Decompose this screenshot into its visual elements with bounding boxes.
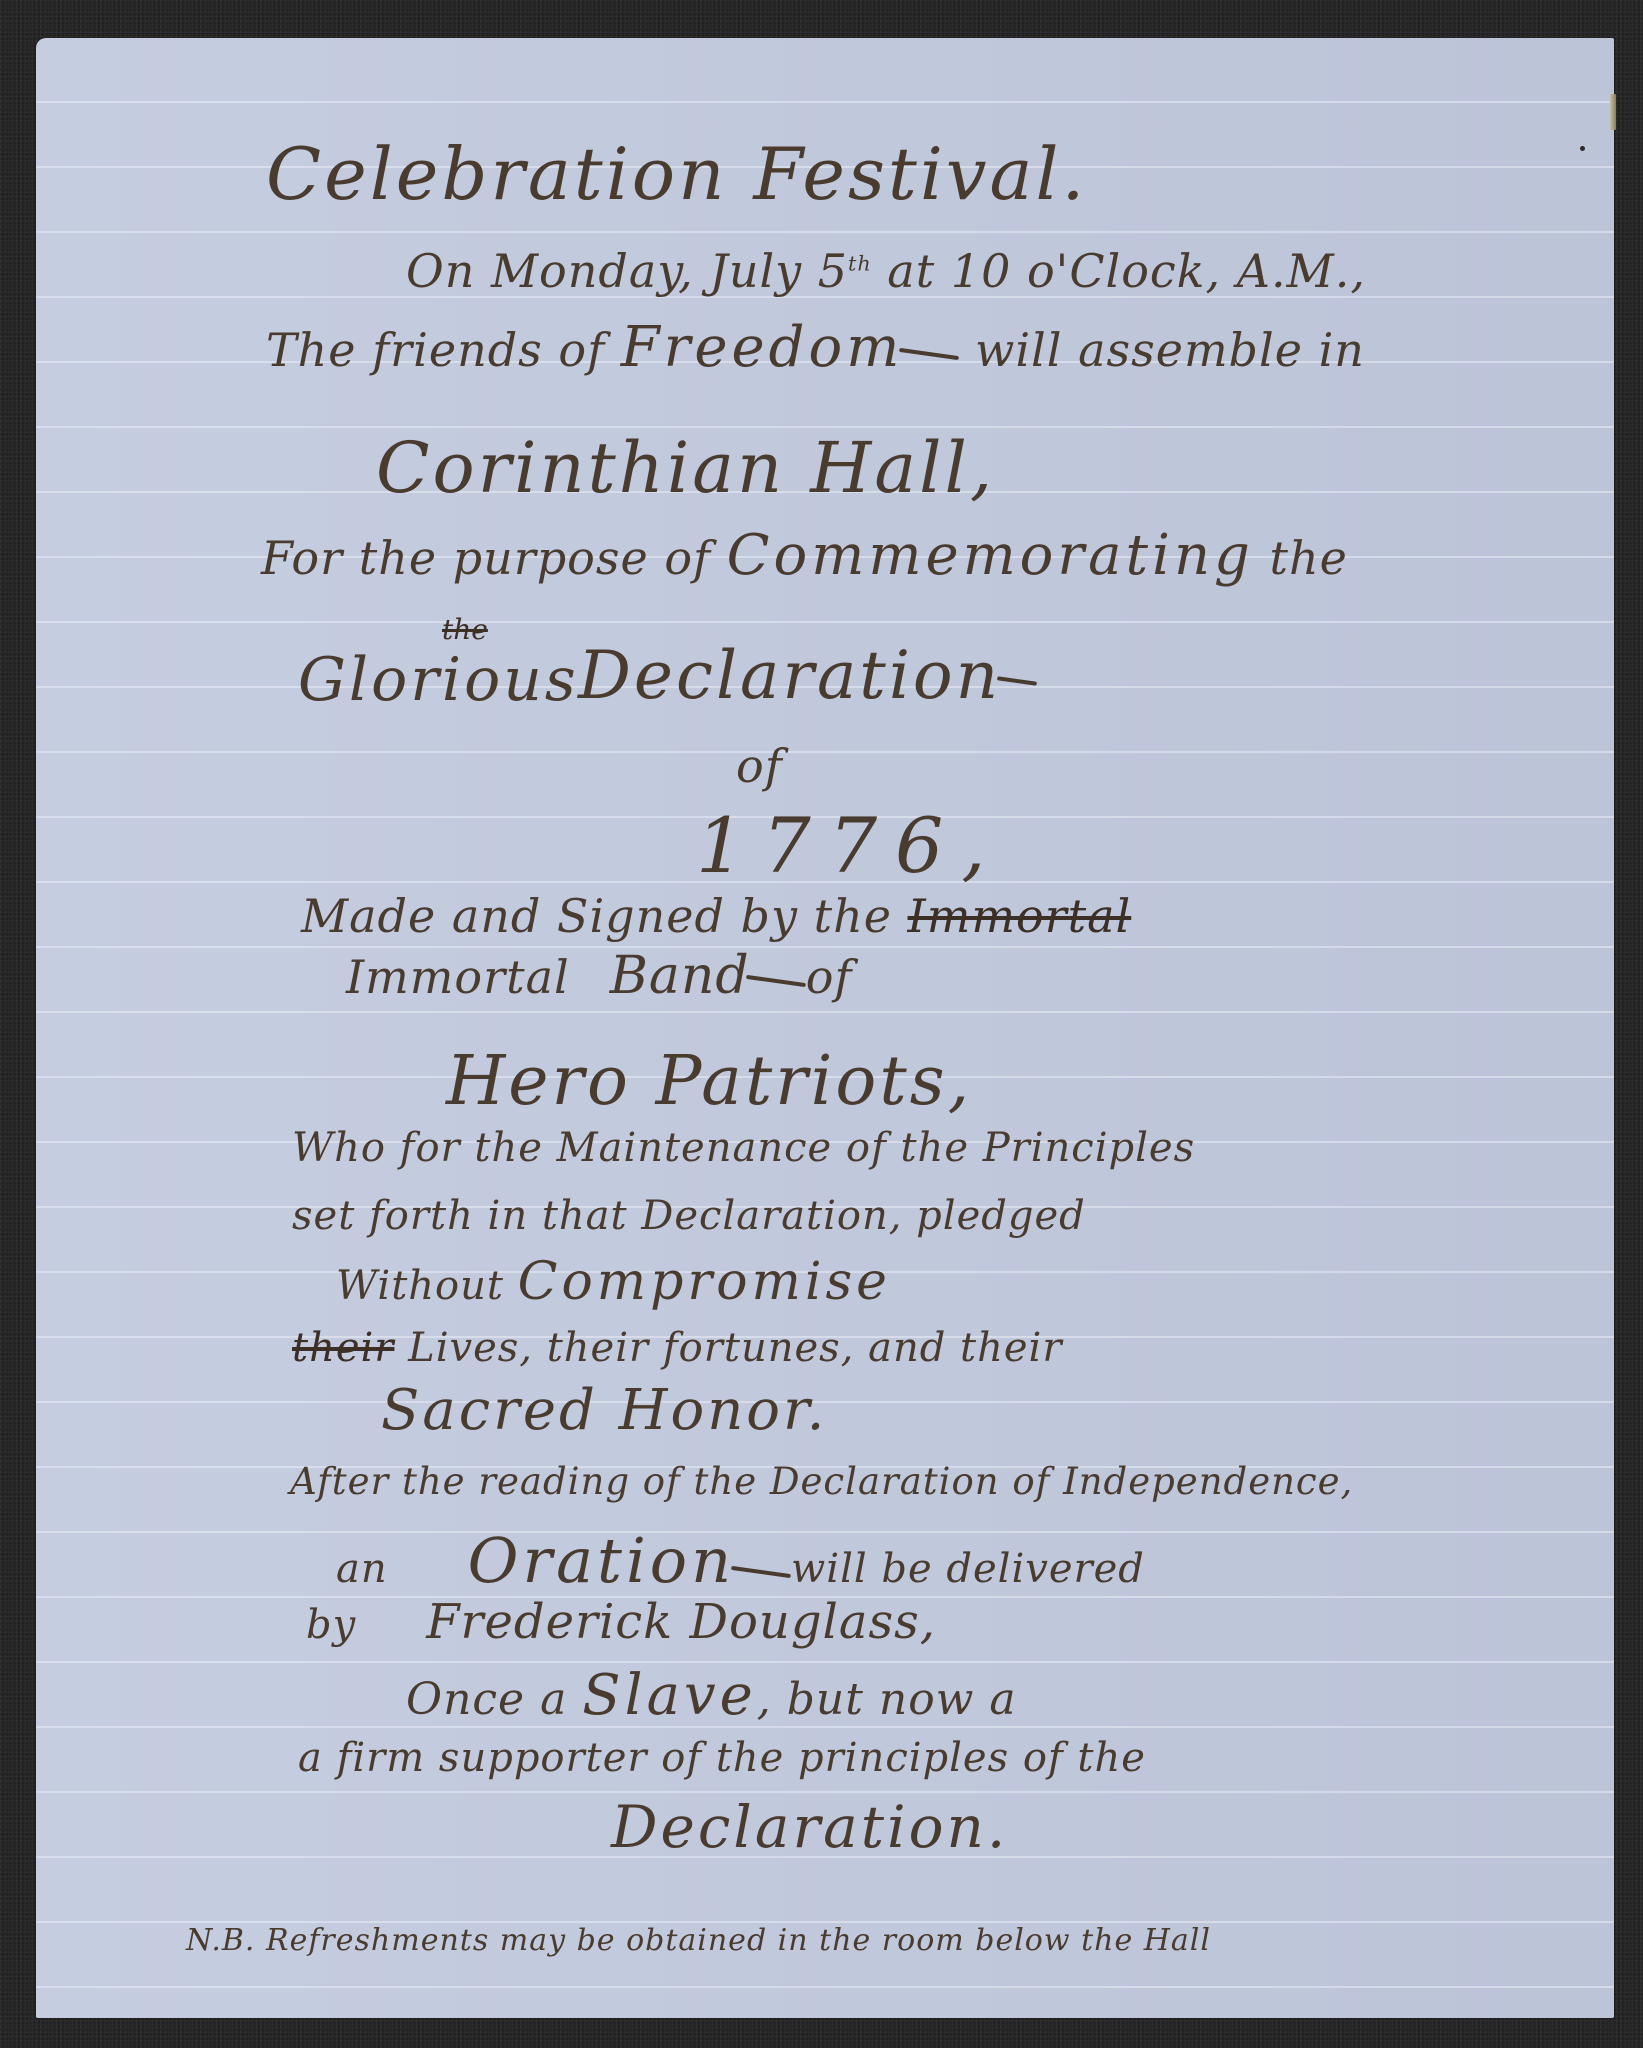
date-ordinal: th bbox=[848, 252, 872, 276]
title-text: Celebration Festival. bbox=[266, 132, 1087, 216]
slave-line: Once a Slave, but now a bbox=[406, 1668, 1017, 1724]
assemble-text: will assemble in bbox=[959, 323, 1365, 377]
band-of: of bbox=[806, 950, 853, 1004]
struck-word-the: the bbox=[442, 613, 488, 646]
hero-patriots: Hero Patriots, bbox=[446, 1048, 972, 1116]
year-text: 1776, bbox=[696, 801, 1004, 890]
lives-text: Lives, their fortunes, and their bbox=[394, 1325, 1062, 1371]
slave-word: Slave bbox=[582, 1663, 756, 1728]
closing-declaration: Declaration. bbox=[611, 1798, 1008, 1856]
year: 1776, bbox=[696, 808, 1004, 884]
purpose-text: For the purpose of bbox=[261, 531, 727, 585]
declaration-heading: Declaration bbox=[578, 643, 1037, 709]
setforth-text: set forth in that Declaration, pledged bbox=[292, 1193, 1086, 1239]
purpose-line: For the purpose of Commemorating the bbox=[261, 528, 1348, 584]
hero-patriots-text: Hero Patriots, bbox=[446, 1042, 972, 1121]
declaration-word: Declaration bbox=[578, 637, 1001, 714]
assembly-line: The friends of Freedom will assemble in bbox=[266, 320, 1365, 376]
title: Celebration Festival. bbox=[266, 138, 1087, 210]
sacred-honor-text: Sacred Honor. bbox=[381, 1378, 827, 1443]
setforth-line: set forth in that Declaration, pledged bbox=[292, 1196, 1086, 1236]
oration-word: Oration bbox=[468, 1524, 735, 1597]
friends-text: The friends of bbox=[266, 323, 621, 377]
commemorating-word: Commemorating bbox=[727, 523, 1254, 588]
compromise-word: Compromise bbox=[518, 1252, 891, 1312]
glorious-word: Glorious bbox=[298, 645, 579, 715]
flourish bbox=[997, 676, 1037, 686]
closing-declaration-text: Declaration. bbox=[611, 1793, 1008, 1861]
by-word: by bbox=[306, 1602, 356, 1648]
edge-stain bbox=[1610, 94, 1616, 130]
nb-note: N.B. Refreshments may be obtained in the… bbox=[186, 1926, 1211, 1956]
after-text: After the reading of the Declaration of … bbox=[290, 1460, 1353, 1503]
of-line: of bbox=[736, 743, 783, 789]
venue: Corinthian Hall, bbox=[376, 433, 995, 503]
band-word: Band bbox=[610, 946, 750, 1006]
band-line: ImmortalBandof bbox=[346, 950, 852, 1002]
purpose-the: the bbox=[1254, 531, 1348, 585]
date-time: at 10 o'Clock, A.M., bbox=[872, 244, 1366, 298]
immortal-word: Immortal bbox=[346, 950, 570, 1004]
flourish bbox=[731, 1566, 791, 1578]
flourish bbox=[899, 348, 959, 360]
oration-delivered: will be delivered bbox=[791, 1546, 1145, 1592]
compromise-line: Without Compromise bbox=[336, 1256, 891, 1308]
without-text: Without bbox=[336, 1263, 518, 1309]
date-text: On Monday, July 5 bbox=[406, 244, 848, 298]
signed-text: Made and Signed by the bbox=[301, 889, 908, 943]
lives-line: their Lives, their fortunes, and their bbox=[292, 1328, 1062, 1368]
speaker-line: byFrederick Douglass, bbox=[306, 1598, 936, 1646]
manuscript-page: Celebration Festival. On Monday, July 5t… bbox=[36, 38, 1614, 2018]
venue-text: Corinthian Hall, bbox=[376, 427, 995, 509]
signed-line: Made and Signed by the Immortal bbox=[301, 893, 1131, 939]
struck-word-their: their bbox=[292, 1325, 394, 1371]
struck-word-immortal: Immortal bbox=[908, 889, 1132, 943]
speaker-name: Frederick Douglass, bbox=[426, 1594, 936, 1650]
date-line: On Monday, July 5th at 10 o'Clock, A.M., bbox=[406, 248, 1366, 294]
after-line: After the reading of the Declaration of … bbox=[290, 1463, 1353, 1500]
oration-an: an bbox=[336, 1546, 388, 1592]
once-text: Once a bbox=[406, 1674, 582, 1725]
ink-speck bbox=[1580, 146, 1585, 151]
supporter-line: a firm supporter of the principles of th… bbox=[298, 1738, 1146, 1778]
oration-line: anOrationwill be delivered bbox=[336, 1530, 1145, 1592]
glorious-line: Glorious bbox=[298, 650, 579, 710]
sacred-honor: Sacred Honor. bbox=[381, 1383, 827, 1439]
maintenance-text: Who for the Maintenance of the Principle… bbox=[292, 1125, 1195, 1171]
nb-text: N.B. Refreshments may be obtained in the… bbox=[186, 1923, 1211, 1958]
flourish bbox=[746, 975, 806, 987]
of-word: of bbox=[736, 739, 783, 793]
maintenance-line: Who for the Maintenance of the Principle… bbox=[292, 1128, 1195, 1168]
supporter-text: a firm supporter of the principles of th… bbox=[298, 1735, 1146, 1781]
now-text: , but now a bbox=[757, 1674, 1017, 1725]
freedom-word: Freedom bbox=[621, 315, 904, 380]
